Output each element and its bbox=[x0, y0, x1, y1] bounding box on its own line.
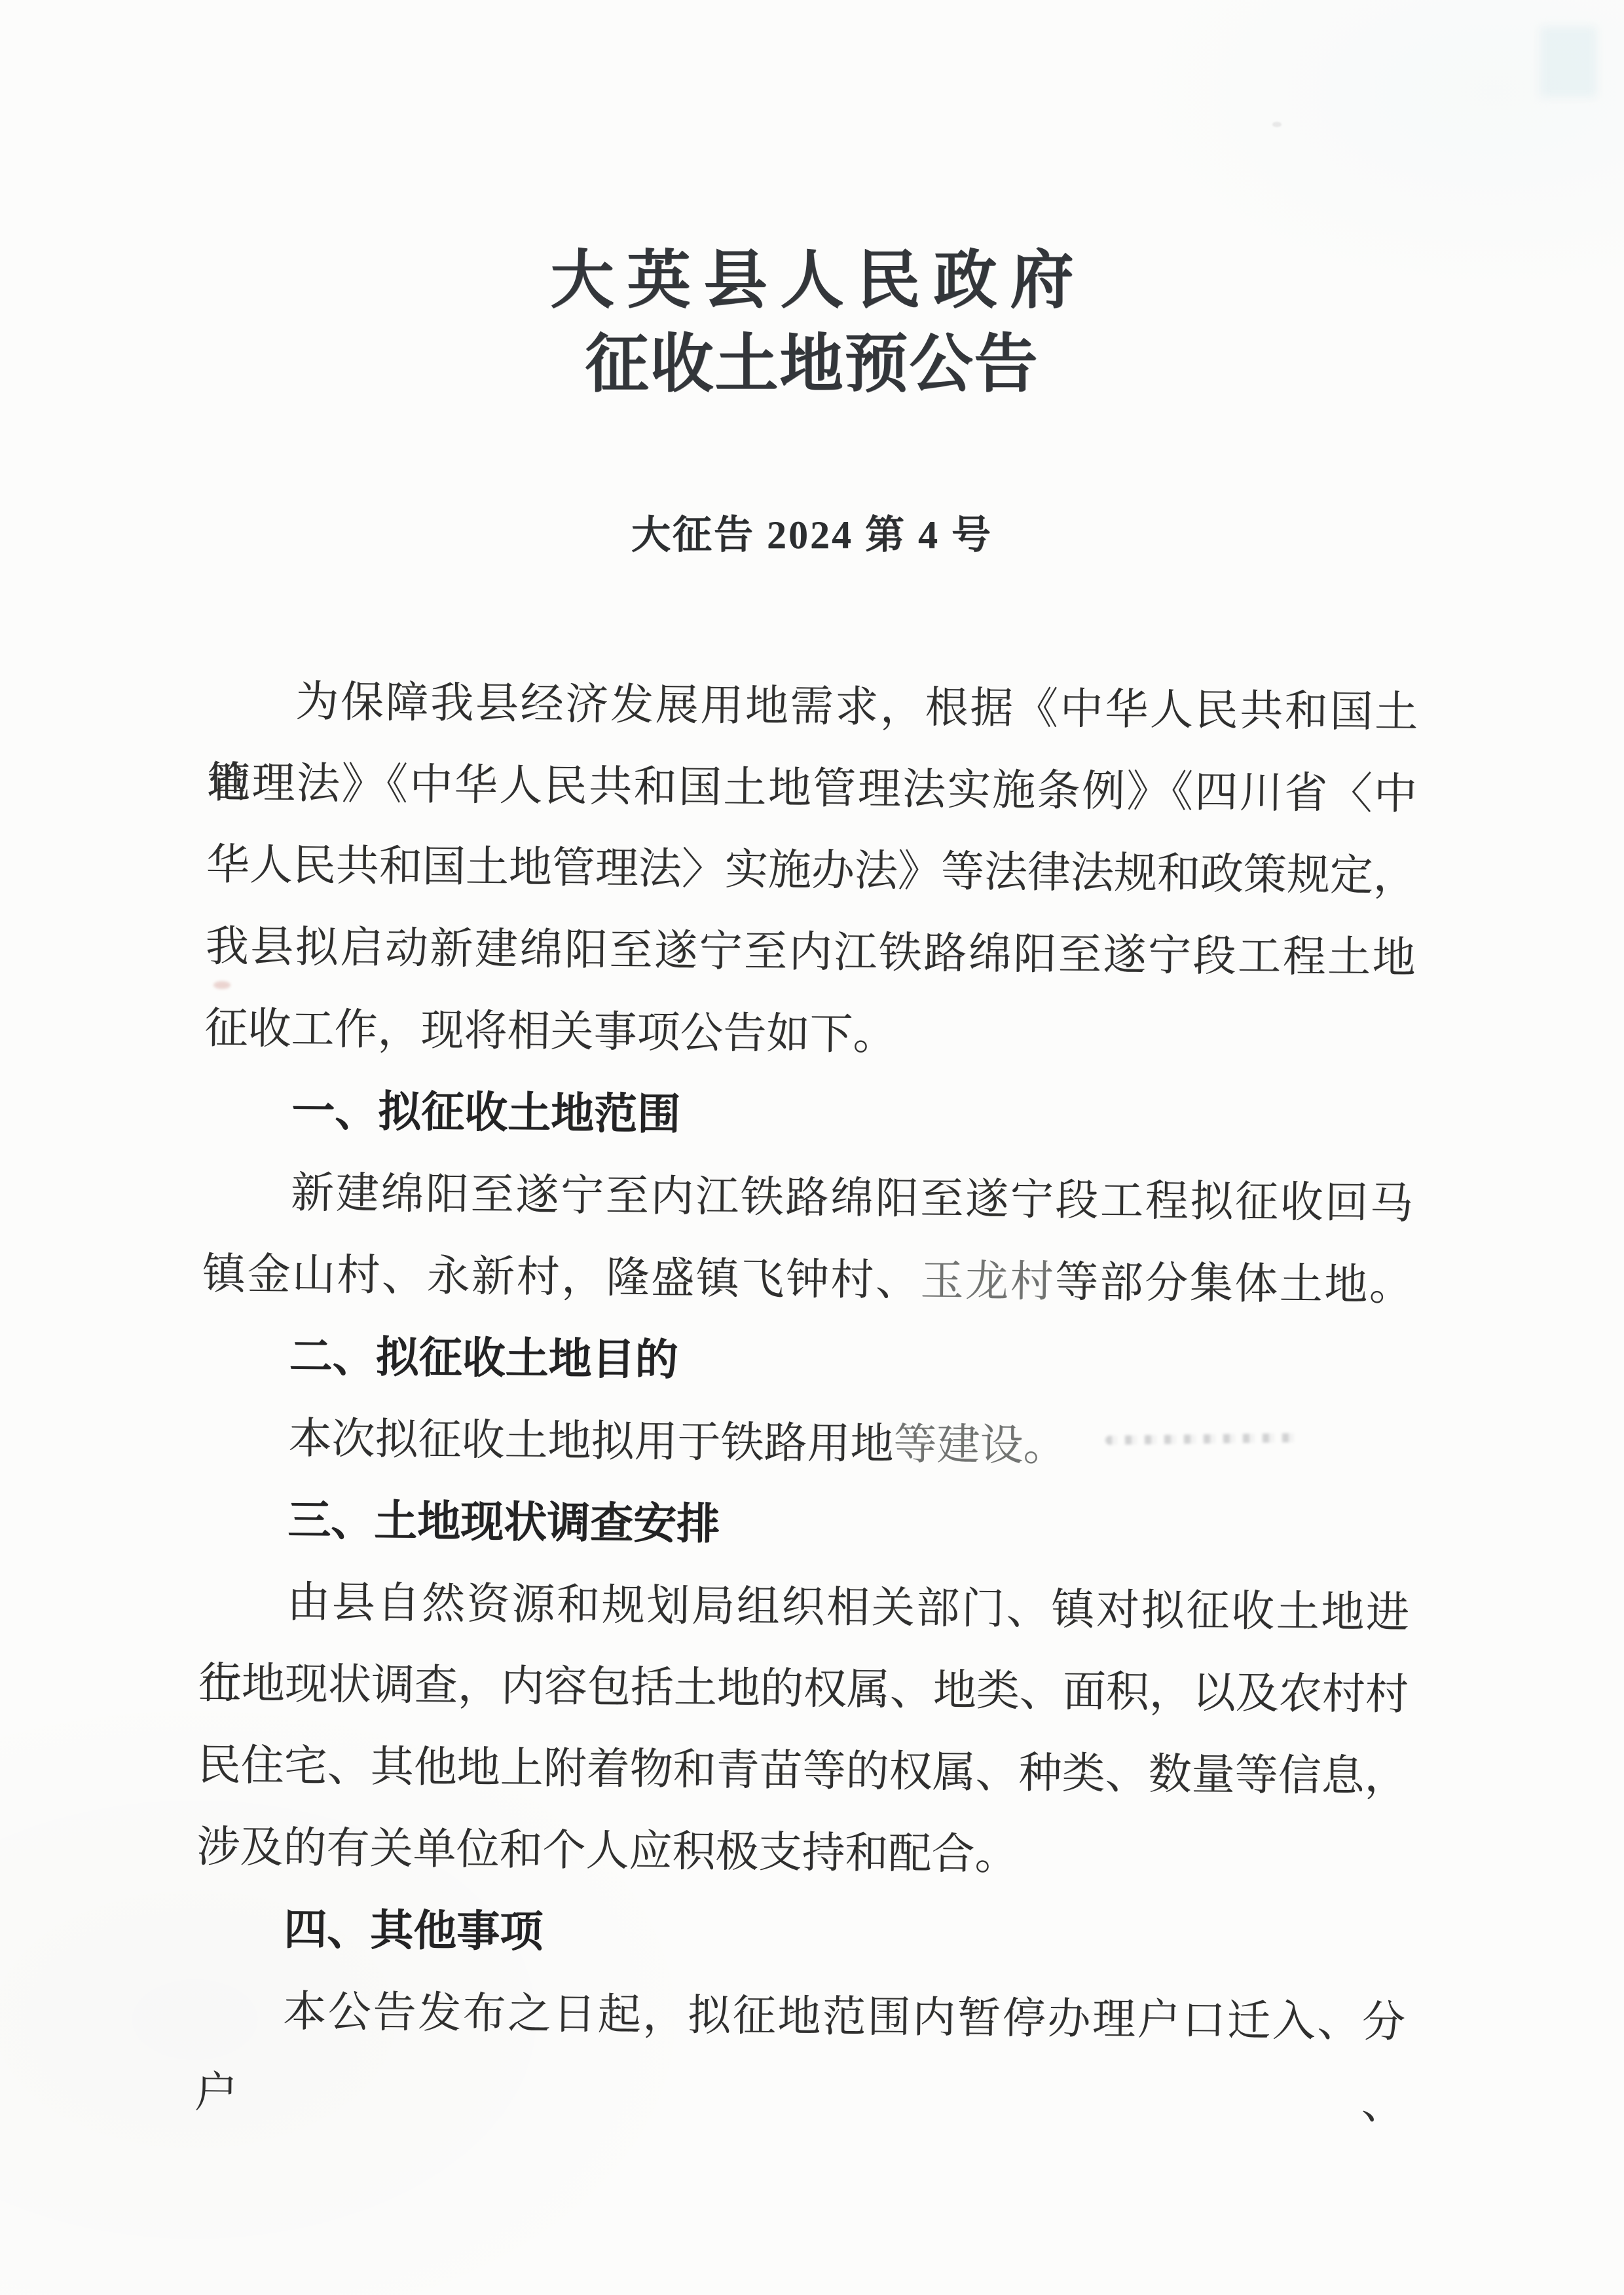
scanned-document-page: 大英县人民政府 征收土地预公告 大征告 2024 第 4 号 为保障我县经济发展… bbox=[0, 0, 1624, 2295]
paragraph-line: 涉及的有关单位和个人应积极支持和配合。 bbox=[196, 1806, 1407, 1900]
section-heading-1: 一、拟征收土地范围 bbox=[204, 1070, 1414, 1163]
title-line-2: 征收土地预公告 bbox=[0, 323, 1624, 407]
paragraph-text: 镇金山村、永新村，隆盛镇飞钟村、 bbox=[202, 1250, 921, 1305]
paragraph-line: 管理法》《中华人民共和国土地管理法实施条例》《四川省〈中 bbox=[207, 742, 1418, 836]
paragraph-line: 本次拟征收土地拟用于铁路用地等建设。 bbox=[200, 1397, 1411, 1491]
paragraph-line: 我县拟启动新建绵阳至遂宁至内江铁路绵阳至遂宁段工程土地 bbox=[205, 906, 1416, 999]
paragraph-text: 本次拟征收土地拟用于铁路用地 bbox=[288, 1415, 894, 1468]
faded-text: 等建设。 bbox=[893, 1421, 1067, 1470]
scan-edge-artifact bbox=[1540, 26, 1596, 97]
document-title: 大英县人民政府 征收土地预公告 bbox=[0, 239, 1624, 407]
scan-speck-artifact bbox=[213, 981, 231, 989]
paragraph-line: 征收工作，现将相关事项公告如下。 bbox=[204, 988, 1415, 1081]
document-number: 大征告 2024 第 4 号 bbox=[0, 510, 1624, 561]
paragraph-line: 土地现状调查，内容包括土地的权属、地类、面积，以及农村村 bbox=[198, 1643, 1409, 1736]
paragraph-line: 为保障我县经济发展用地需求，根据《中华人民共和国土地 bbox=[208, 660, 1418, 754]
paragraph-line: 华人民共和国土地管理法〉实施办法》等法律法规和政策规定， bbox=[206, 824, 1416, 918]
section-heading-3: 三、土地现状调查安排 bbox=[200, 1479, 1411, 1573]
document-body: 为保障我县经济发展用地需求，根据《中华人民共和国土地 管理法》《中华人民共和国土… bbox=[195, 660, 1418, 2064]
section-heading-4: 四、其他事项 bbox=[196, 1888, 1407, 1982]
paragraph-line: 镇金山村、永新村，隆盛镇飞钟村、玉龙村等部分集体土地。 bbox=[202, 1233, 1412, 1327]
paragraph-line: 民住宅、其他地上附着物和青苗等的权属、种类、数量等信息， bbox=[197, 1725, 1408, 1818]
paragraph-text: 等部分集体土地。 bbox=[1055, 1258, 1412, 1309]
faded-text: 玉龙村 bbox=[920, 1257, 1055, 1306]
paragraph-line: 由县自然资源和规划局组织相关部门、镇对拟征收土地进行 bbox=[199, 1561, 1410, 1654]
paragraph-line: 本公告发布之日起，拟征地范围内暂停办理户口迁入、分户、 bbox=[195, 1970, 1406, 2064]
section-heading-2: 二、拟征收土地目的 bbox=[201, 1315, 1412, 1409]
title-line-1: 大英县人民政府 bbox=[0, 239, 1624, 323]
scan-speck-artifact bbox=[1272, 122, 1282, 127]
paragraph-line: 新建绵阳至遂宁至内江铁路绵阳至遂宁段工程拟征收回马 bbox=[203, 1151, 1414, 1245]
